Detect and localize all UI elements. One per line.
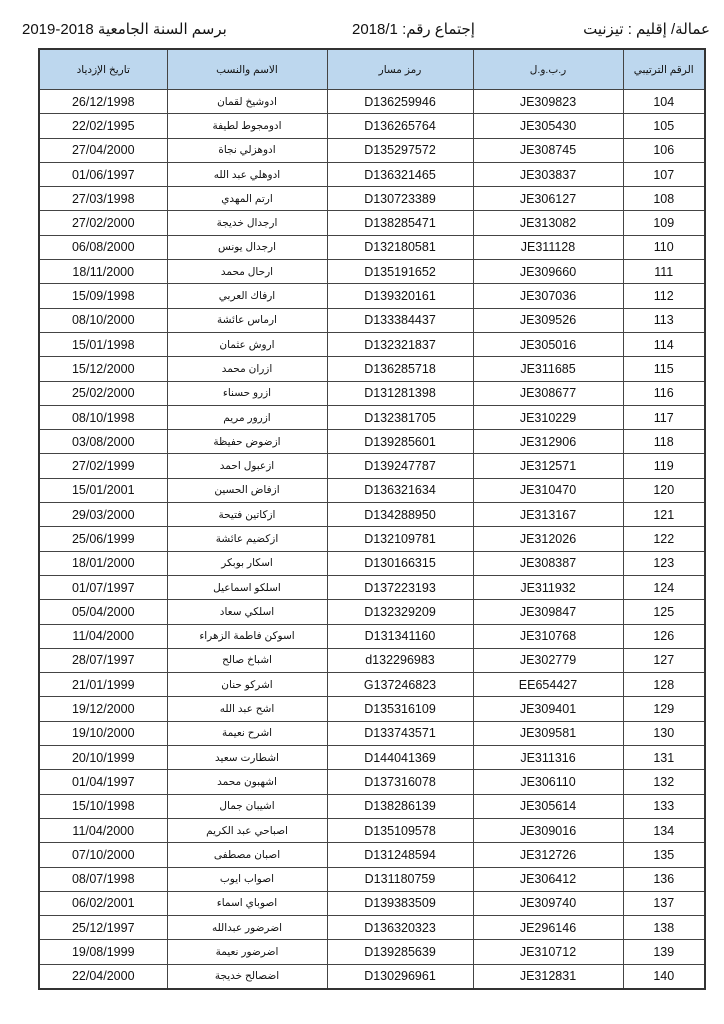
cell-full-name: ارتم المهدي	[167, 187, 327, 211]
cell-massar-code: D131180759	[327, 867, 473, 891]
cell-order-number: 140	[623, 964, 705, 989]
cell-order-number: 104	[623, 90, 705, 114]
cell-order-number: 113	[623, 308, 705, 332]
cell-order-number: 136	[623, 867, 705, 891]
cell-order-number: 118	[623, 430, 705, 454]
table-row: 109JE313082D138285471ارجدال خديجة27/02/2…	[39, 211, 705, 235]
cell-order-number: 120	[623, 478, 705, 502]
table-row: 106JE308745D135297572ادوهزلي نجاة27/04/2…	[39, 138, 705, 162]
cell-birth-date: 29/03/2000	[39, 503, 167, 527]
cell-full-name: ارفاك العربي	[167, 284, 327, 308]
cell-massar-code: D135109578	[327, 818, 473, 842]
cell-birth-date: 27/02/2000	[39, 211, 167, 235]
cell-full-name: ادوهلي عبد الله	[167, 162, 327, 186]
cell-massar-code: D131281398	[327, 381, 473, 405]
cell-massar-code: D136259946	[327, 90, 473, 114]
cell-massar-code: D131248594	[327, 843, 473, 867]
cell-massar-code: D130296961	[327, 964, 473, 989]
cell-birth-date: 01/04/1997	[39, 770, 167, 794]
cell-massar-code: D138285471	[327, 211, 473, 235]
cell-full-name: اشرح نعيمة	[167, 721, 327, 745]
cell-cne: JE309401	[473, 697, 623, 721]
cell-order-number: 135	[623, 843, 705, 867]
column-header-full-name: الاسم والنسب	[167, 49, 327, 90]
cell-birth-date: 26/12/1998	[39, 90, 167, 114]
cell-order-number: 129	[623, 697, 705, 721]
cell-order-number: 110	[623, 235, 705, 259]
cell-full-name: اشيبان جمال	[167, 794, 327, 818]
cell-order-number: 132	[623, 770, 705, 794]
cell-birth-date: 15/09/1998	[39, 284, 167, 308]
column-header-order-number: الرقم الترتيبي	[623, 49, 705, 90]
cell-full-name: ازكاتين فتيحة	[167, 503, 327, 527]
column-header-cne: ر.ب.و.ل	[473, 49, 623, 90]
table-row: 137JE309740D139383509اصوباي اسماء06/02/2…	[39, 891, 705, 915]
table-row: 123JE308387D130166315اسكار بوبكر18/01/20…	[39, 551, 705, 575]
cell-full-name: ازرو حسناء	[167, 381, 327, 405]
cell-cne: JE310229	[473, 405, 623, 429]
table-row: 135JE312726D131248594اصبان مصطفى07/10/20…	[39, 843, 705, 867]
cell-birth-date: 20/10/1999	[39, 746, 167, 770]
cell-massar-code: D139383509	[327, 891, 473, 915]
cell-cne: JE306412	[473, 867, 623, 891]
cell-cne: JE312831	[473, 964, 623, 989]
cell-birth-date: 15/12/2000	[39, 357, 167, 381]
cell-order-number: 123	[623, 551, 705, 575]
table-row: 104JE309823D136259946ادوشيخ لقمان26/12/1…	[39, 90, 705, 114]
table-row: 111JE309660D135191652ارحال محمد18/11/200…	[39, 260, 705, 284]
cell-birth-date: 18/01/2000	[39, 551, 167, 575]
cell-cne: EE654427	[473, 673, 623, 697]
column-header-birth-date: تاريخ الإزدياد	[39, 49, 167, 90]
cell-full-name: اسوكن فاطمة الزهراء	[167, 624, 327, 648]
cell-full-name: ارجدال يونس	[167, 235, 327, 259]
cell-birth-date: 06/02/2001	[39, 891, 167, 915]
cell-order-number: 131	[623, 746, 705, 770]
cell-order-number: 134	[623, 818, 705, 842]
cell-cne: JE311685	[473, 357, 623, 381]
cell-birth-date: 08/10/2000	[39, 308, 167, 332]
cell-cne: JE307036	[473, 284, 623, 308]
cell-cne: JE310768	[473, 624, 623, 648]
cell-massar-code: D136285718	[327, 357, 473, 381]
academic-year: 2018-2019	[22, 21, 94, 38]
cell-full-name: ازعبول احمد	[167, 454, 327, 478]
table-header-row: الرقم الترتيبي ر.ب.و.ل رمز مسار الاسم وا…	[39, 49, 705, 90]
cell-birth-date: 15/01/1998	[39, 332, 167, 356]
cell-massar-code: D134288950	[327, 503, 473, 527]
cell-birth-date: 03/08/2000	[39, 430, 167, 454]
cell-birth-date: 01/06/1997	[39, 162, 167, 186]
cell-cne: JE309847	[473, 600, 623, 624]
cell-cne: JE309581	[473, 721, 623, 745]
cell-order-number: 138	[623, 916, 705, 940]
cell-full-name: اسلكو اسماعيل	[167, 575, 327, 599]
cell-cne: JE311316	[473, 746, 623, 770]
table-row: 115JE311685D136285718ازران محمد15/12/200…	[39, 357, 705, 381]
cell-full-name: اصبان مصطفى	[167, 843, 327, 867]
cell-full-name: اضصالح خديجة	[167, 964, 327, 989]
cell-full-name: ارحال محمد	[167, 260, 327, 284]
cell-cne: JE313167	[473, 503, 623, 527]
meeting-number: 2018/1	[352, 21, 398, 38]
cell-cne: JE312906	[473, 430, 623, 454]
table-row: 120JE310470D136321634ازفاض الحسين15/01/2…	[39, 478, 705, 502]
table-row: 108JE306127D130723389ارتم المهدي27/03/19…	[39, 187, 705, 211]
cell-order-number: 114	[623, 332, 705, 356]
table-row: 116JE308677D131281398ازرو حسناء25/02/200…	[39, 381, 705, 405]
cell-full-name: اصباحي عبد الكريم	[167, 818, 327, 842]
cell-order-number: 105	[623, 114, 705, 138]
cell-cne: JE306110	[473, 770, 623, 794]
cell-birth-date: 27/04/2000	[39, 138, 167, 162]
cell-birth-date: 19/12/2000	[39, 697, 167, 721]
cell-full-name: ازكضيم عائشة	[167, 527, 327, 551]
table-row: 122JE312026D132109781ازكضيم عائشة25/06/1…	[39, 527, 705, 551]
cell-massar-code: D136321634	[327, 478, 473, 502]
cell-birth-date: 11/04/2000	[39, 624, 167, 648]
cell-birth-date: 21/01/1999	[39, 673, 167, 697]
table-row: 131JE311316D144041369اشطارت سعيد20/10/19…	[39, 746, 705, 770]
cell-order-number: 116	[623, 381, 705, 405]
cell-birth-date: 01/07/1997	[39, 575, 167, 599]
table-row: 110JE311128D132180581ارجدال يونس06/08/20…	[39, 235, 705, 259]
cell-birth-date: 18/11/2000	[39, 260, 167, 284]
cell-massar-code: D132329209	[327, 600, 473, 624]
cell-massar-code: D130723389	[327, 187, 473, 211]
cell-massar-code: D137316078	[327, 770, 473, 794]
cell-cne: JE305614	[473, 794, 623, 818]
cell-order-number: 127	[623, 648, 705, 672]
cell-order-number: 111	[623, 260, 705, 284]
cell-full-name: ازرور مريم	[167, 405, 327, 429]
table-row: 132JE306110D137316078اشهبون محمد01/04/19…	[39, 770, 705, 794]
table-row: 118JE312906D139285601ازضوض حفيظة03/08/20…	[39, 430, 705, 454]
cell-massar-code: D130166315	[327, 551, 473, 575]
cell-cne: JE302779	[473, 648, 623, 672]
cell-full-name: اضرضور عبدالله	[167, 916, 327, 940]
academic-year-info: برسم السنة الجامعية 2018-2019	[22, 20, 227, 38]
table-row: 121JE313167D134288950ازكاتين فتيحة29/03/…	[39, 503, 705, 527]
cell-birth-date: 19/10/2000	[39, 721, 167, 745]
table-body: 104JE309823D136259946ادوشيخ لقمان26/12/1…	[39, 90, 705, 989]
cell-cne: JE305016	[473, 332, 623, 356]
cell-cne: JE312571	[473, 454, 623, 478]
table-row: 125JE309847D132329209اسلكي سعاد05/04/200…	[39, 600, 705, 624]
table-row: 117JE310229D132381705ازرور مريم08/10/199…	[39, 405, 705, 429]
meeting-label: إجتماع رقم:	[402, 21, 475, 38]
table-row: 127JE302779d132296983اشباخ صالح28/07/199…	[39, 648, 705, 672]
table-row: 107JE303837D136321465ادوهلي عبد الله01/0…	[39, 162, 705, 186]
cell-full-name: اشطارت سعيد	[167, 746, 327, 770]
table-row: 128EE654427G137246823اشركو حنان21/01/199…	[39, 673, 705, 697]
cell-cne: JE305430	[473, 114, 623, 138]
cell-full-name: اصواب ايوب	[167, 867, 327, 891]
cell-full-name: ارماس عائشة	[167, 308, 327, 332]
cell-massar-code: d132296983	[327, 648, 473, 672]
cell-massar-code: D132381705	[327, 405, 473, 429]
cell-cne: JE311128	[473, 235, 623, 259]
cell-birth-date: 22/04/2000	[39, 964, 167, 989]
cell-cne: JE309823	[473, 90, 623, 114]
cell-full-name: ادوشيخ لقمان	[167, 90, 327, 114]
cell-order-number: 133	[623, 794, 705, 818]
cell-massar-code: D135297572	[327, 138, 473, 162]
cell-birth-date: 08/07/1998	[39, 867, 167, 891]
cell-birth-date: 15/10/1998	[39, 794, 167, 818]
table-row: 129JE309401D135316109اشح عبد الله19/12/2…	[39, 697, 705, 721]
cell-full-name: ازران محمد	[167, 357, 327, 381]
cell-cne: JE310712	[473, 940, 623, 964]
table-row: 139JE310712D139285639اضرضور نعيمة19/08/1…	[39, 940, 705, 964]
table-row: 140JE312831D130296961اضصالح خديجة22/04/2…	[39, 964, 705, 989]
cell-order-number: 139	[623, 940, 705, 964]
cell-order-number: 122	[623, 527, 705, 551]
cell-order-number: 115	[623, 357, 705, 381]
cell-massar-code: D136321465	[327, 162, 473, 186]
cell-massar-code: D132321837	[327, 332, 473, 356]
cell-cne: JE309016	[473, 818, 623, 842]
table-row: 136JE306412D131180759اصواب ايوب08/07/199…	[39, 867, 705, 891]
cell-massar-code: D136265764	[327, 114, 473, 138]
cell-order-number: 130	[623, 721, 705, 745]
cell-full-name: اسلكي سعاد	[167, 600, 327, 624]
cell-birth-date: 25/06/1999	[39, 527, 167, 551]
table-row: 126JE310768D131341160اسوكن فاطمة الزهراء…	[39, 624, 705, 648]
table-row: 134JE309016D135109578اصباحي عبد الكريم11…	[39, 818, 705, 842]
cell-birth-date: 28/07/1997	[39, 648, 167, 672]
cell-birth-date: 25/02/2000	[39, 381, 167, 405]
cell-order-number: 107	[623, 162, 705, 186]
cell-massar-code: D136320323	[327, 916, 473, 940]
cell-full-name: اضرضور نعيمة	[167, 940, 327, 964]
cell-cne: JE306127	[473, 187, 623, 211]
cell-order-number: 128	[623, 673, 705, 697]
table-row: 112JE307036D139320161ارفاك العربي15/09/1…	[39, 284, 705, 308]
cell-birth-date: 11/04/2000	[39, 818, 167, 842]
cell-full-name: اصوباي اسماء	[167, 891, 327, 915]
cell-birth-date: 25/12/1997	[39, 916, 167, 940]
table-row: 133JE305614D138286139اشيبان جمال15/10/19…	[39, 794, 705, 818]
cell-full-name: ازفاض الحسين	[167, 478, 327, 502]
cell-birth-date: 15/01/2001	[39, 478, 167, 502]
cell-cne: JE309526	[473, 308, 623, 332]
cell-massar-code: D132180581	[327, 235, 473, 259]
cell-order-number: 117	[623, 405, 705, 429]
academic-year-label: برسم السنة الجامعية	[98, 21, 227, 38]
cell-birth-date: 22/02/1995	[39, 114, 167, 138]
cell-full-name: اروش عثمان	[167, 332, 327, 356]
table-row: 114JE305016D132321837اروش عثمان15/01/199…	[39, 332, 705, 356]
cell-massar-code: D133743571	[327, 721, 473, 745]
table-row: 138JE296146D136320323اضرضور عبدالله25/12…	[39, 916, 705, 940]
cell-cne: JE312726	[473, 843, 623, 867]
cell-full-name: ادومجوط لطيفة	[167, 114, 327, 138]
cell-cne: JE309740	[473, 891, 623, 915]
table-row: 124JE311932D137223193اسلكو اسماعيل01/07/…	[39, 575, 705, 599]
cell-order-number: 126	[623, 624, 705, 648]
cell-order-number: 125	[623, 600, 705, 624]
cell-order-number: 112	[623, 284, 705, 308]
cell-massar-code: D139285601	[327, 430, 473, 454]
cell-cne: JE303837	[473, 162, 623, 186]
cell-full-name: اسكار بوبكر	[167, 551, 327, 575]
cell-order-number: 137	[623, 891, 705, 915]
cell-birth-date: 27/03/1998	[39, 187, 167, 211]
table-row: 130JE309581D133743571اشرح نعيمة19/10/200…	[39, 721, 705, 745]
table-row: 113JE309526D133384437ارماس عائشة08/10/20…	[39, 308, 705, 332]
cell-massar-code: D135316109	[327, 697, 473, 721]
cell-order-number: 121	[623, 503, 705, 527]
cell-cne: JE308677	[473, 381, 623, 405]
cell-cne: JE313082	[473, 211, 623, 235]
table-row: 119JE312571D139247787ازعبول احمد27/02/19…	[39, 454, 705, 478]
column-header-massar-code: رمز مسار	[327, 49, 473, 90]
cell-full-name: اشح عبد الله	[167, 697, 327, 721]
document-header: عمالة/ إقليم : تيزنيت إجتماع رقم: 2018/1…	[22, 20, 710, 44]
cell-massar-code: D138286139	[327, 794, 473, 818]
cell-order-number: 124	[623, 575, 705, 599]
students-table: الرقم الترتيبي ر.ب.و.ل رمز مسار الاسم وا…	[38, 48, 706, 990]
cell-order-number: 109	[623, 211, 705, 235]
cell-massar-code: D135191652	[327, 260, 473, 284]
cell-cne: JE312026	[473, 527, 623, 551]
cell-full-name: ارجدال خديجة	[167, 211, 327, 235]
cell-massar-code: D132109781	[327, 527, 473, 551]
cell-cne: JE296146	[473, 916, 623, 940]
cell-cne: JE310470	[473, 478, 623, 502]
cell-birth-date: 05/04/2000	[39, 600, 167, 624]
cell-massar-code: D131341160	[327, 624, 473, 648]
cell-order-number: 119	[623, 454, 705, 478]
cell-massar-code: G137246823	[327, 673, 473, 697]
cell-full-name: ادوهزلي نجاة	[167, 138, 327, 162]
prefecture-label: عمالة/ إقليم : تيزنيت	[583, 20, 710, 38]
cell-massar-code: D139285639	[327, 940, 473, 964]
cell-full-name: اشركو حنان	[167, 673, 327, 697]
meeting-info: إجتماع رقم: 2018/1	[352, 20, 475, 38]
cell-birth-date: 07/10/2000	[39, 843, 167, 867]
cell-massar-code: D137223193	[327, 575, 473, 599]
cell-full-name: اشهبون محمد	[167, 770, 327, 794]
cell-birth-date: 08/10/1998	[39, 405, 167, 429]
cell-full-name: ازضوض حفيظة	[167, 430, 327, 454]
cell-full-name: اشباخ صالح	[167, 648, 327, 672]
cell-order-number: 108	[623, 187, 705, 211]
cell-massar-code: D139247787	[327, 454, 473, 478]
table-row: 105JE305430D136265764ادومجوط لطيفة22/02/…	[39, 114, 705, 138]
cell-birth-date: 06/08/2000	[39, 235, 167, 259]
cell-massar-code: D144041369	[327, 746, 473, 770]
cell-cne: JE308387	[473, 551, 623, 575]
cell-cne: JE308745	[473, 138, 623, 162]
cell-massar-code: D133384437	[327, 308, 473, 332]
cell-birth-date: 19/08/1999	[39, 940, 167, 964]
cell-cne: JE311932	[473, 575, 623, 599]
cell-cne: JE309660	[473, 260, 623, 284]
cell-massar-code: D139320161	[327, 284, 473, 308]
cell-order-number: 106	[623, 138, 705, 162]
cell-birth-date: 27/02/1999	[39, 454, 167, 478]
